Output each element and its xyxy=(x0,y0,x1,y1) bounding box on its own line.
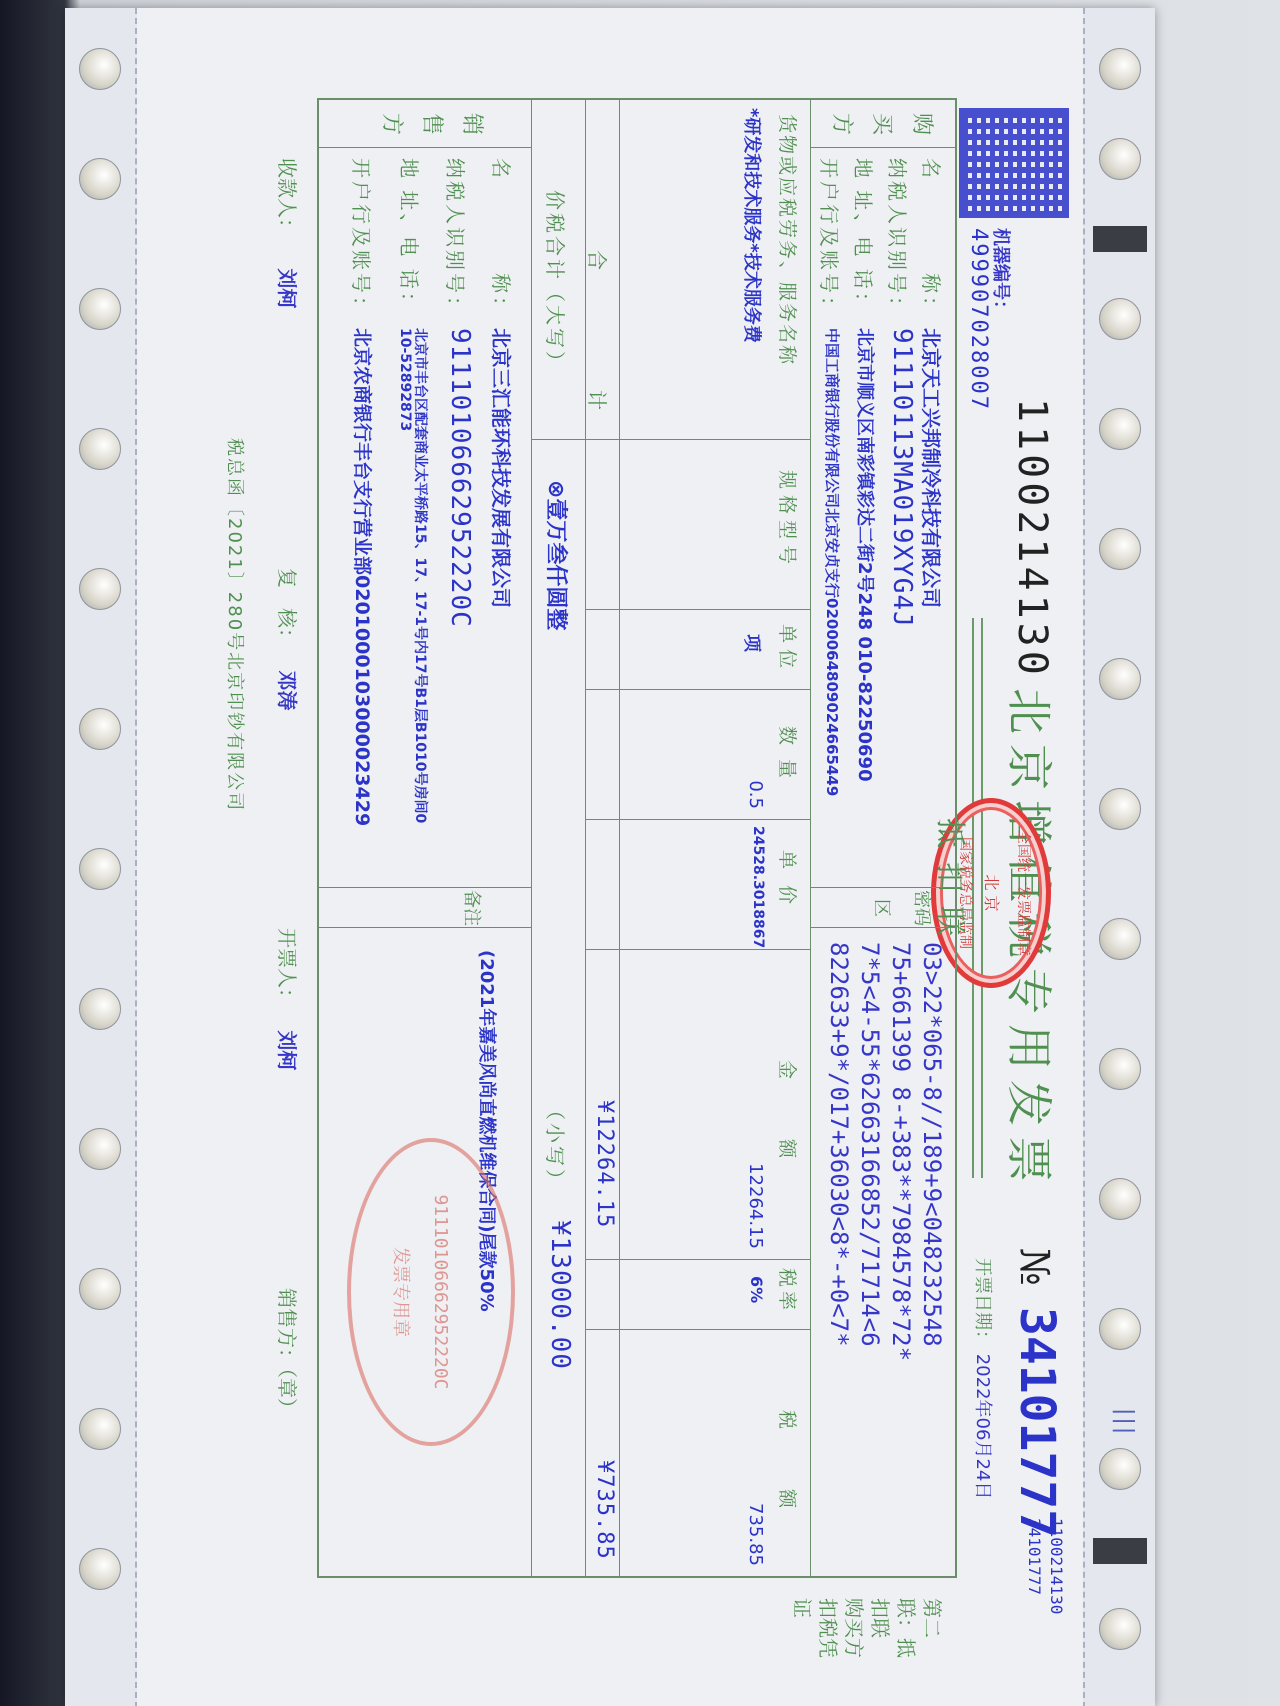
grand-total-lowercase-label: （小写） xyxy=(542,1100,571,1192)
remarks-side-cell: 备注 xyxy=(319,888,531,928)
item-unit: 项 xyxy=(740,634,766,652)
feed-hole xyxy=(1099,1448,1141,1490)
seller-seal-caption: 发票专用章 xyxy=(389,1142,415,1442)
buyer-tax-id: 91110113MA019XYG4J xyxy=(887,328,917,628)
feed-hole xyxy=(1099,1308,1141,1350)
small-invoice-number: 34101777 xyxy=(1023,1518,1045,1614)
seller-address-label: 地 址、电 话： xyxy=(396,158,425,315)
buyer-name: 北京天工兴邦制冷科技有限公司 xyxy=(918,328,947,608)
feed-hole xyxy=(1099,408,1141,450)
feed-hole xyxy=(1099,658,1141,700)
seller-tax-id-label: 纳税人识别号： xyxy=(442,158,471,319)
seller-phone: 10-52892873 xyxy=(397,328,413,431)
item-tax-rate: 6% xyxy=(747,1276,766,1303)
feed-hole xyxy=(1099,298,1141,340)
seller-name: 北京三汇能环科技发展有限公司 xyxy=(488,328,517,608)
invoice-code: 1100214130 xyxy=(1009,398,1055,679)
grand-total-lowercase: ¥13000.00 xyxy=(545,1220,575,1370)
header-tax-rate: 税率 xyxy=(775,1268,802,1314)
cipher-area: 03>22*065-8//189+9<04823254875+661399 8-… xyxy=(823,942,947,1361)
header-spec: 规格型号 xyxy=(775,470,802,570)
feed-hole xyxy=(1099,138,1141,180)
header-tax: 税额 xyxy=(775,1410,802,1568)
grand-total-label: 价税合计（大写） xyxy=(542,190,571,374)
payee: 刘柯 xyxy=(275,268,299,308)
seller-seal-label: 销售方：（章） xyxy=(274,1288,303,1418)
feed-hole xyxy=(79,708,121,750)
invoice-number: 34101777 xyxy=(1009,1307,1065,1538)
feed-hole xyxy=(79,988,121,1030)
seller-info-cell: 名 称： 北京三汇能环科技发展有限公司 纳税人识别号： 911101066629… xyxy=(319,148,531,888)
item-quantity: 0.5 xyxy=(745,780,766,809)
buyer-section: 购买方 名 称： 北京天工兴邦制冷科技有限公司 纳税人识别号： 91110113… xyxy=(810,100,955,1576)
totals-row: 合 计 ¥12264.15 ¥735.85 xyxy=(584,100,620,1576)
feed-hole xyxy=(79,848,121,890)
invoice-paper: ||| 机器编号： 499907028007 1100214130 北 xyxy=(65,8,1155,1706)
total-tax: ¥735.85 xyxy=(592,1460,617,1560)
feed-hole xyxy=(1099,1048,1141,1090)
feed-hole xyxy=(79,1128,121,1170)
cipher-side-cell: 密码区 xyxy=(811,888,955,928)
seller-bank-label: 开户行及账号： xyxy=(348,158,377,319)
feed-hole xyxy=(79,288,121,330)
payee-row: 收款人： 刘柯 xyxy=(274,158,303,308)
items-section: 货物或应税劳务、服务名称 *研发和技术服务*技术服务费 规格型号 单位 项 数量… xyxy=(585,100,810,1576)
seller-name-label: 名 称： xyxy=(488,158,517,319)
feed-hole xyxy=(79,1548,121,1590)
feed-hole xyxy=(79,428,121,470)
feed-hole xyxy=(79,1268,121,1310)
header-amount: 金额 xyxy=(775,1060,802,1218)
seller-address: 北京市丰台区配套商业太平桥路15、17、17-1号内17号B1层B1010号房间… xyxy=(411,328,431,823)
grand-total-uppercase: ⊗壹万叁仟圆整 xyxy=(542,480,573,630)
buyer-tax-id-label: 纳税人识别号： xyxy=(884,158,913,319)
feed-hole xyxy=(1099,1178,1141,1220)
feed-hole xyxy=(79,1408,121,1450)
perforated-strip-bottom xyxy=(65,8,137,1706)
issue-date-label: 开票日期： xyxy=(972,1258,993,1348)
item-name: *研发和技术服务*技术服务费 xyxy=(740,108,766,343)
cipher-line: 822633+9*/017+36030<8*-+0<7* xyxy=(823,942,854,1361)
feed-hole xyxy=(79,48,121,90)
buyer-info-cell: 名 称： 北京天工兴邦制冷科技有限公司 纳税人识别号： 91110113MA01… xyxy=(811,148,955,888)
item-tax: 735.85 xyxy=(745,1503,766,1566)
feed-hole xyxy=(1099,918,1141,960)
machine-number: 499907028007 xyxy=(966,228,991,411)
header-unit: 单位 xyxy=(775,624,802,674)
perforation-mark: ||| xyxy=(1112,1408,1137,1436)
seller-tax-id: 91110106662952220C xyxy=(445,328,475,628)
seller-bank-account: 北京农商银行丰台支行营业部0201000103000023429 xyxy=(350,328,377,826)
item-unit-price: 24528.3018867 xyxy=(750,826,766,948)
cipher-line: 75+661399 8-+383**7984578*72* xyxy=(885,942,916,1361)
issuer-row: 开票人： 刘柯 xyxy=(274,928,303,1070)
perforated-strip-top: ||| xyxy=(1083,8,1155,1706)
grand-total-section: 价税合计（大写） ⊗壹万叁仟圆整 （小写） ¥13000.00 xyxy=(531,100,585,1576)
payee-label: 收款人： xyxy=(275,158,299,238)
print-note: 税总函〔2021〕280号北京印钞有限公司 xyxy=(223,438,249,812)
alignment-mark xyxy=(1093,1538,1147,1564)
buyer-address-phone: 北京市顺义区南彩镇彩达二街2号248 010-82250690 xyxy=(853,328,879,782)
item-amount: 12264.15 xyxy=(745,1163,766,1249)
invoice-photo: ||| 机器编号： 499907028007 1100214130 北 xyxy=(65,8,1155,1706)
alignment-mark xyxy=(1093,226,1147,252)
total-amount: ¥12264.15 xyxy=(592,1100,617,1228)
buyer-bank-account: 中国工商银行股份有限公司北京安贞支行0200064809024665449 xyxy=(822,328,843,796)
buyer-bank-label: 开户行及账号： xyxy=(816,158,845,319)
issuer: 刘柯 xyxy=(275,1030,299,1070)
buyer-side-cell: 购买方 xyxy=(811,100,955,148)
seller-seal-code: 91110106662952220C xyxy=(430,1142,451,1442)
reviewer-label: 复 核： xyxy=(275,568,299,648)
cipher-side-label: 密码区 xyxy=(861,888,941,928)
seller-side-label: 销售方 xyxy=(371,104,491,144)
seller-side-cell: 销售方 xyxy=(319,100,531,148)
invoice-body: 机器编号： 499907028007 1100214130 北京增值税专用发票 … xyxy=(145,98,1075,1658)
header-quantity: 数量 xyxy=(775,726,802,792)
reviewer: 邓涛 xyxy=(275,670,299,710)
buyer-name-label: 名 称： xyxy=(918,158,947,319)
small-invoice-code: 1100214130 xyxy=(1045,1518,1067,1614)
feed-hole xyxy=(1099,1608,1141,1650)
cipher-line: 7*5<4-55*62663166852/71714<6 xyxy=(854,942,885,1361)
remarks-label: 备注 xyxy=(451,888,491,928)
issue-date: 2022年06月24日 xyxy=(972,1354,993,1500)
buyer-side-label: 购买方 xyxy=(821,104,941,144)
grand-total-label-cell: 价税合计（大写） xyxy=(532,100,585,440)
feed-hole xyxy=(1099,48,1141,90)
header-unit-price: 单价 xyxy=(775,850,802,920)
number-symbol: № xyxy=(1011,1248,1057,1286)
feed-hole xyxy=(1099,528,1141,570)
total-label: 合 计 xyxy=(584,250,613,418)
qr-code xyxy=(959,108,1069,218)
invoice-number-block: № 34101777 xyxy=(1009,1248,1065,1538)
feed-hole xyxy=(1099,788,1141,830)
seal-outer-text: 全国统一发票监制章 xyxy=(1014,803,1034,983)
issue-date-row: 开票日期： 2022年06月24日 xyxy=(971,1258,997,1499)
copy-label: 第二联：抵扣联 购买方扣税凭证 xyxy=(789,1598,945,1658)
feed-hole xyxy=(79,158,121,200)
header-item-name: 货物或应税劳务、服务名称 xyxy=(775,114,802,366)
cipher-line: 03>22*065-8//189+9<048232548 xyxy=(916,942,947,1361)
seal-middle-text: 北 京 xyxy=(981,803,1004,983)
feed-hole xyxy=(79,568,121,610)
buyer-address-label: 地 址、电 话： xyxy=(850,158,879,315)
invoice-small-codes: 1100214130 34101777 xyxy=(1023,1518,1067,1614)
reviewer-row: 复 核： 邓涛 xyxy=(274,568,303,710)
issuer-label: 开票人： xyxy=(275,928,299,1008)
machine-number-label: 机器编号： xyxy=(989,228,1015,318)
seller-invoice-seal: 91110106662952220C 发票专用章 xyxy=(347,1138,515,1446)
